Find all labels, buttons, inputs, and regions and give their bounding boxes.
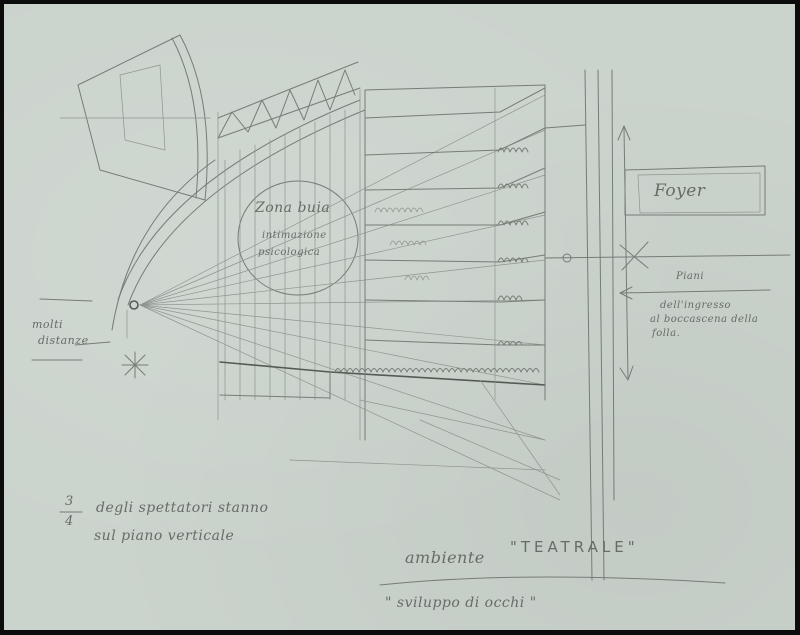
bottom-left-note-2: sul piano verticale <box>94 528 234 544</box>
sviluppo-label: " sviluppo di occhi " <box>385 595 537 611</box>
left-note-1: molti <box>32 318 63 331</box>
bottom-underline <box>380 577 725 585</box>
zona-buia-label: Zona buia <box>255 200 330 216</box>
symbols <box>122 242 648 378</box>
fraction-denominator: 4 <box>65 514 74 529</box>
fraction-numerator: 3 <box>65 494 74 509</box>
left-note-2: distanze <box>38 334 89 347</box>
foyer-label: Foyer <box>654 181 705 201</box>
arrow-note-2: dell'ingresso <box>660 300 731 311</box>
fan-shape <box>60 35 210 200</box>
zona-buia-sub-1: intimazione <box>262 230 327 241</box>
bottom-left-note-1: degli spettatori stanno <box>96 500 268 516</box>
arrow-note-4: folla. <box>652 328 680 339</box>
arrow-note-1: Piani <box>676 271 704 282</box>
zona-buia-sub-2: psicologica <box>258 247 320 258</box>
corridor-lines <box>545 70 790 580</box>
teatrale-label: "TEATRALE" <box>510 538 639 556</box>
arrow-note-3: al boccascena della <box>650 314 758 325</box>
arrows <box>618 126 770 380</box>
balcony-tiers <box>220 85 585 440</box>
sight-lines <box>140 95 560 500</box>
ambiente-label: ambiente <box>405 548 485 567</box>
